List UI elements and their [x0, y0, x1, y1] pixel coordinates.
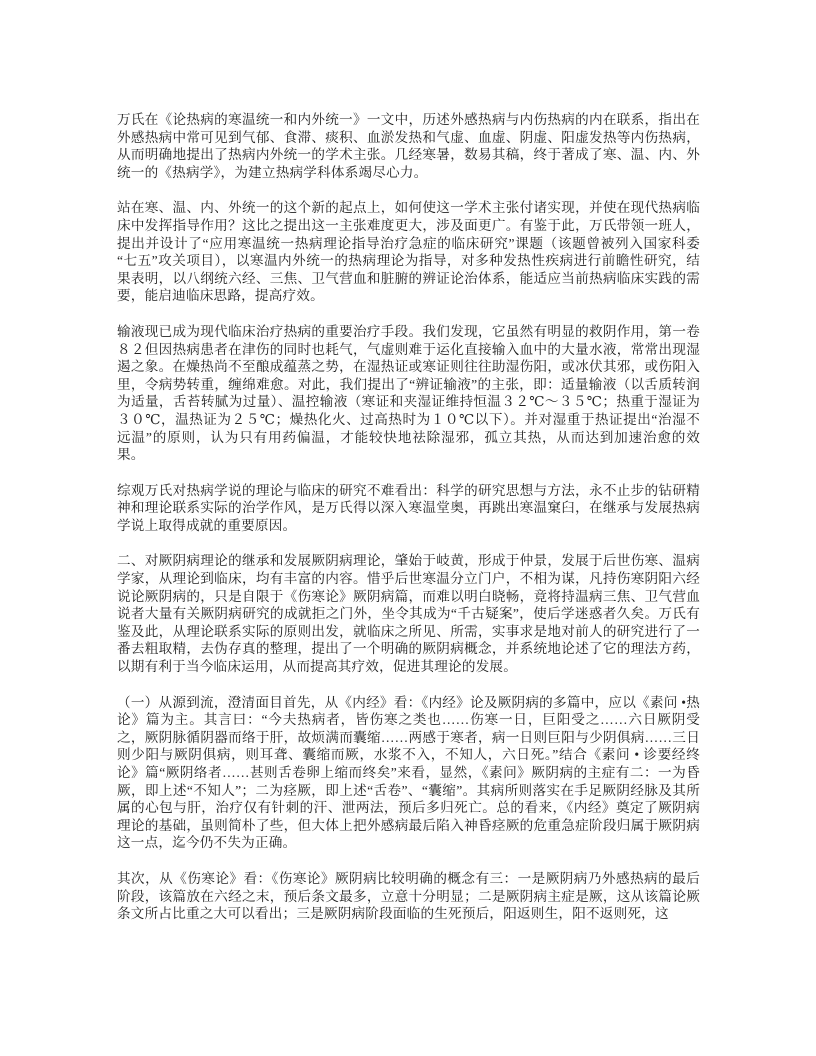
paragraph: 综观万氏对热病学说的理论与临床的研究不难看出：科学的研究思想与方法，永不止步的钻…: [117, 482, 700, 535]
paragraph: 输液现已成为现代临床治疗热病的重要治疗手段。我们发现，它虽然有明显的救阴作用，第…: [117, 323, 700, 464]
paragraph: （一）从源到流，澄清面目首先，从《内经》看：《内经》论及厥阴病的多篇中，应以《素…: [117, 694, 700, 852]
document-page: 万氏在《论热病的寒温统一和内外统一》一文中，历述外感热病与内伤热病的内在联系，指…: [0, 0, 816, 1056]
page-content: 万氏在《论热病的寒温统一和内外统一》一文中，历述外感热病与内伤热病的内在联系，指…: [117, 111, 700, 923]
paragraph: 万氏在《论热病的寒温统一和内外统一》一文中，历述外感热病与内伤热病的内在联系，指…: [117, 111, 700, 181]
paragraph: 站在寒、温、内、外统一的这个新的起点上，如何使这一学术主张付诸实现，并使在现代热…: [117, 199, 700, 305]
paragraph: 其次，从《伤寒论》看：《伤寒论》厥阴病比较明确的概念有三：一是厥阴病乃外感热病的…: [117, 870, 700, 923]
paragraph: 二、对厥阴病理论的继承和发展厥阴病理论，肇始于岐黄，形成于仲景，发展于后世伤寒、…: [117, 552, 700, 675]
